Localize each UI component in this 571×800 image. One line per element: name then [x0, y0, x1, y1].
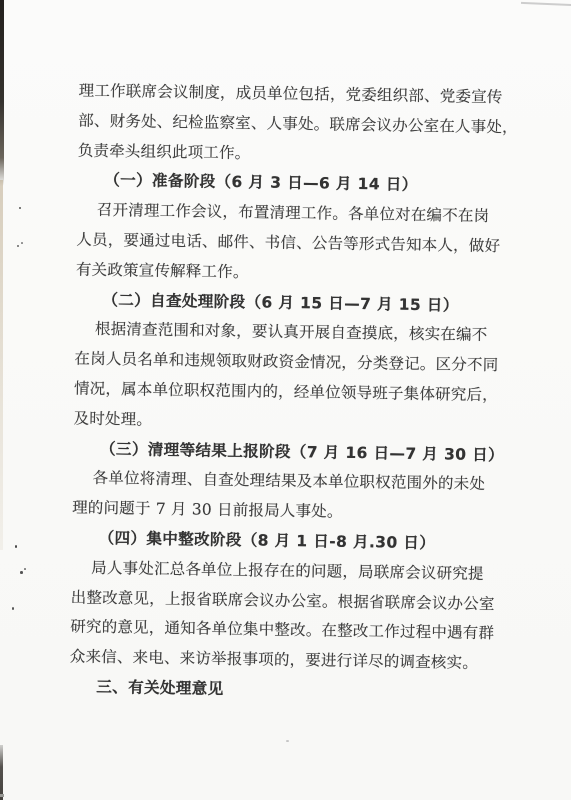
- scan-speck: [286, 740, 289, 742]
- scanned-document-page: 理工作联席会议制度，成员单位包括，党委组织部、党委宣传 部、财务处、纪检监察室、…: [0, 0, 571, 800]
- scan-speck: [17, 245, 19, 247]
- scan-speck: [21, 242, 23, 244]
- scan-speck: [19, 207, 21, 209]
- document-text-block: 理工作联席会议制度，成员单位包括，党委组织部、党委宣传 部、财务处、纪检监察室、…: [69, 77, 517, 710]
- scan-speck: [12, 607, 14, 610]
- scan-speck: [20, 571, 23, 574]
- scan-speck: [24, 568, 26, 570]
- scan-speck: [15, 545, 17, 548]
- scan-hairline-top-right: [521, 2, 571, 6]
- scan-edge-artifact-middle-left: [0, 180, 3, 550]
- scan-speck: [0, 794, 4, 797]
- scan-edge-artifact-top-left: [0, 0, 4, 186]
- scan-edge-artifact-bottom-left: [0, 745, 3, 800]
